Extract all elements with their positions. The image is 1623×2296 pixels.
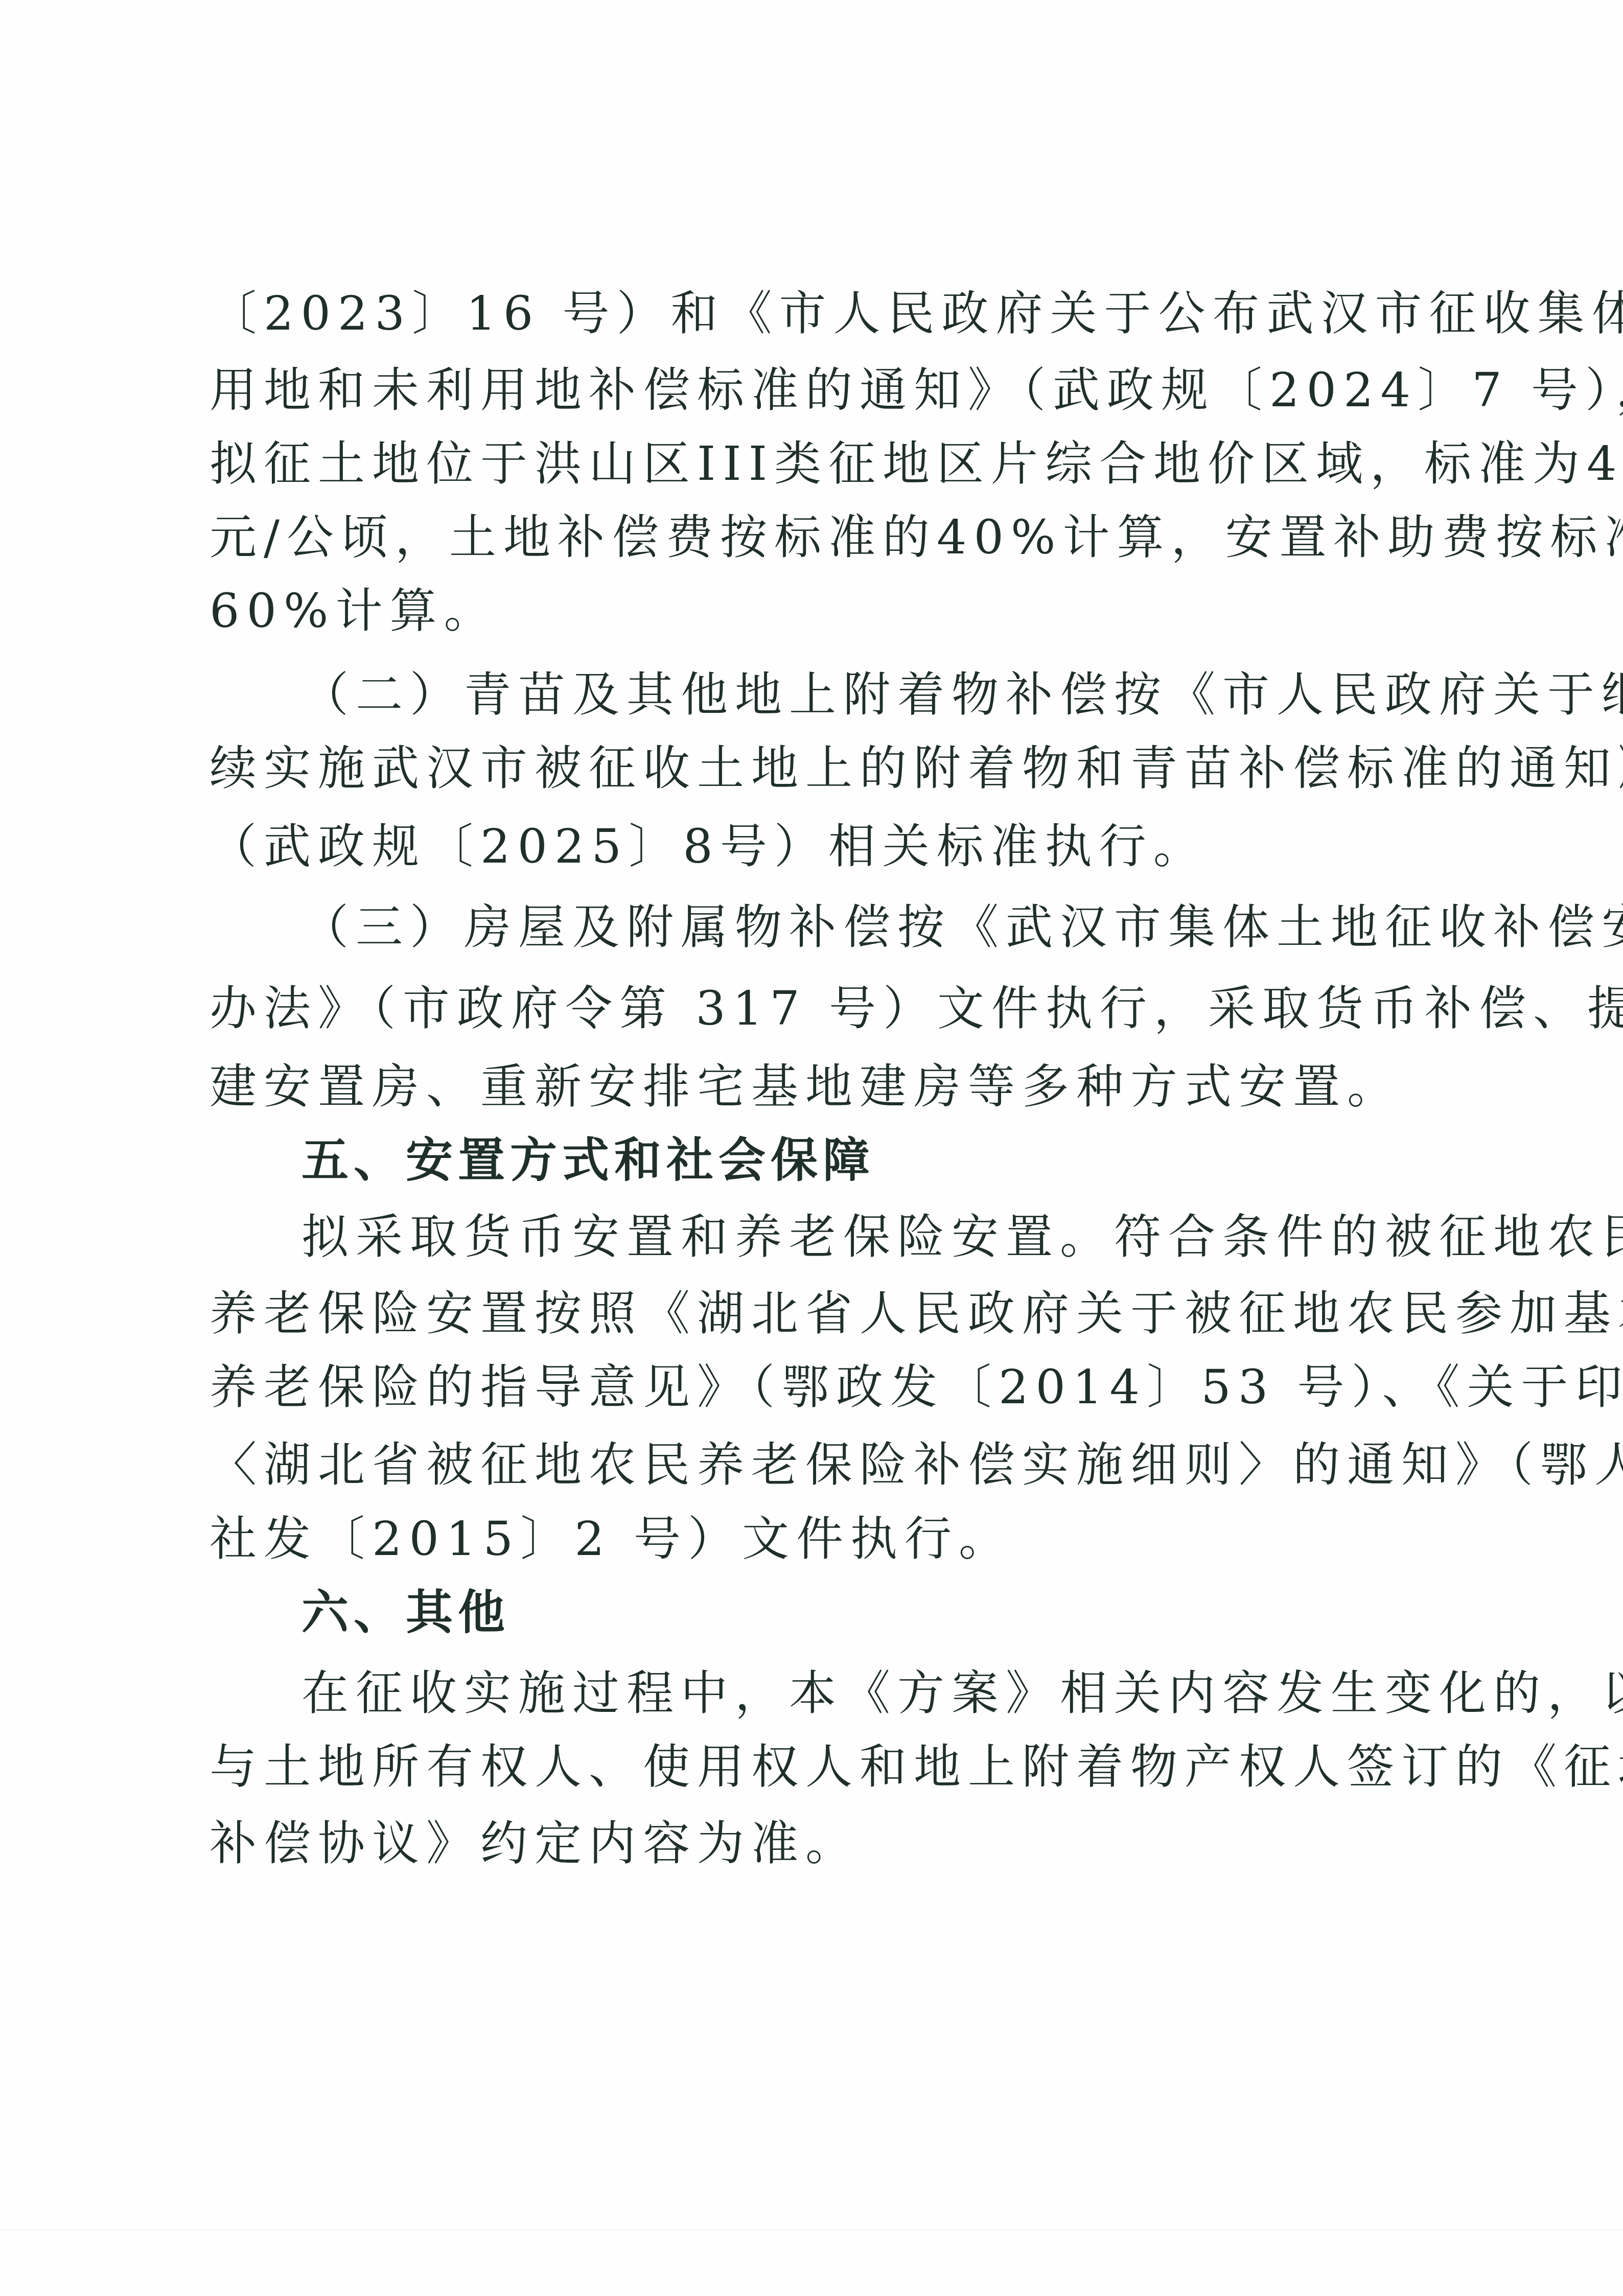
section-5-line-4: 〈湖北省被征地农民养老保险补偿实施细则〉的通知》（鄂人	[210, 1427, 1426, 1503]
section-5-line-5: 社发〔2015〕2 号）文件执行。	[210, 1501, 1426, 1578]
section-heading-6: 六、其他	[302, 1574, 510, 1651]
section-6-line-3: 补偿协议》约定内容为准。	[210, 1805, 1426, 1882]
item-2-line-1: （二）青苗及其他地上附着物补偿按《市人民政府关于继	[302, 657, 1426, 733]
section-heading-5: 五、安置方式和社会保障	[302, 1122, 875, 1199]
section-5-line-3: 养老保险的指导意见》（鄂政发〔2014〕53 号）、《关于印发	[210, 1349, 1426, 1426]
body-line-5: 60%计算。	[210, 573, 1426, 650]
section-5-line-2: 养老保险安置按照《湖北省人民政府关于被征地农民参加基本	[210, 1275, 1426, 1352]
body-line-3: 拟征土地位于洪山区III类征地区片综合地价区域，标准为432万	[210, 426, 1426, 502]
section-6-line-1: 在征收实施过程中，本《方案》相关内容发生变化的，以	[302, 1655, 1426, 1732]
body-line-2: 用地和未利用地补偿标准的通知》（武政规〔2024〕7 号），	[210, 352, 1426, 429]
item-2-line-2: 续实施武汉市被征收土地上的附着物和青苗补偿标准的通知》	[210, 730, 1426, 807]
item-3-line-2: 办法》（市政府令第 317 号）文件执行，采取货币补偿、提供还	[210, 970, 1426, 1047]
scan-artifact-line	[0, 2229, 1623, 2231]
section-6-line-2: 与土地所有权人、使用权人和地上附着物产权人签订的《征地	[210, 1729, 1426, 1805]
item-2-line-3: （武政规〔2025〕8号）相关标准执行。	[210, 808, 1426, 885]
body-line-1: 〔2023〕16 号）和《市人民政府关于公布武汉市征收集体建设	[210, 275, 1426, 352]
document-page: 〔2023〕16 号）和《市人民政府关于公布武汉市征收集体建设 用地和未利用地补…	[0, 0, 1623, 2296]
section-5-line-1: 拟采取货币安置和养老保险安置。符合条件的被征地农民	[302, 1199, 1426, 1275]
item-3-line-1: （三）房屋及附属物补偿按《武汉市集体土地征收补偿安置	[302, 889, 1426, 966]
body-line-4: 元/公顷，土地补偿费按标准的40%计算，安置补助费按标准的	[210, 499, 1426, 576]
item-3-line-3: 建安置房、重新安排宅基地建房等多种方式安置。	[210, 1049, 1426, 1125]
